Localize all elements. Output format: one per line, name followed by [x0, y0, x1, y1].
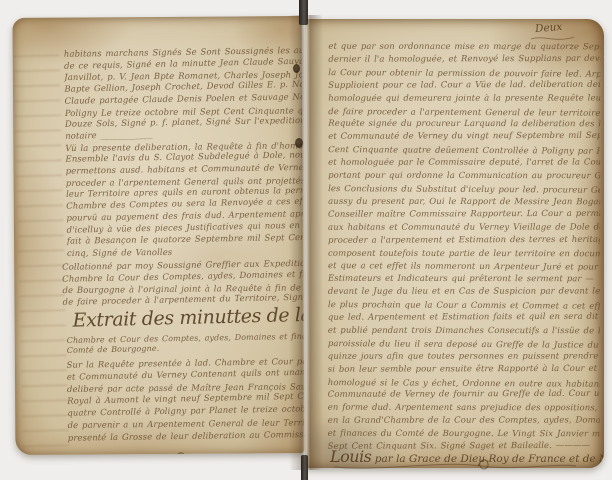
extract-subheading: Chambre et Cour des Comptes, aydes, Doma… [67, 332, 305, 357]
manuscript-line: Estimateurs et Indicateurs qui prêteront… [328, 273, 600, 286]
manuscript-line: proceder a l'arpentement et Estimation d… [328, 233, 600, 247]
manuscript-line: proceder a l'arpentement General quils o… [66, 176, 305, 191]
manuscript-line: et que a cet effet ils nommeront un Arpe… [328, 260, 600, 275]
royal-formula-line: Louis par la Grace de Dieu Roy de France… [330, 447, 600, 466]
manuscript-line: Supplioient pour ce lad. Cour a Vüe de l… [328, 79, 600, 93]
royal-formula-rest: par la Grace de Dieu Roy de France et de… [371, 453, 604, 465]
manuscript-line: composent toutefois toute partie de leur… [328, 247, 600, 260]
manuscript-scan: habitans marchans Signés Se Sont Soussig… [0, 0, 612, 480]
binding-rod-bottom [301, 455, 308, 480]
page-number: Deux [535, 21, 563, 35]
manuscript-line: Communauté de Verney de fournir au Greff… [328, 388, 600, 402]
manuscript-line: en la Grand'Chambre de la Cour des Compt… [328, 415, 600, 428]
manuscript-line: portant pour qui ordonne la Communicatio… [328, 170, 600, 183]
manuscript-line: de faire proceder a l'arpentement Genera… [328, 106, 600, 121]
left-page-notary-block: habitans marchans Signés Se Sont Soussig… [64, 46, 305, 261]
royal-formula-initial-word: Louis [330, 447, 371, 466]
left-page: habitans marchans Signés Se Sont Soussig… [12, 16, 304, 455]
left-page-request-block: Sur la Requête presentée à lad. Chambre … [67, 356, 305, 445]
manuscript-line: quinze jours afin que toutes personnes e… [328, 350, 600, 363]
right-page: Deux et que par son ordonnance mise en m… [305, 19, 604, 468]
manuscript-line: cinq, Signé de Vanolles [67, 246, 305, 261]
manuscript-line: homologuée qui demeurera jointe à la pre… [328, 92, 600, 105]
manuscript-line: en forme dud. Arpentement sans prejudice… [328, 402, 600, 415]
manuscript-line: et homologuée par le Commissaire deputé,… [328, 157, 600, 170]
manuscript-line: Poligny Le treize octobre mil Sept Cent … [65, 106, 305, 121]
signature-flourish-icon [85, 449, 205, 455]
manuscript-line: devant le Juge du lieu et en Cas de Susp… [328, 286, 600, 299]
extract-heading: Extrait des minuttes de la [72, 300, 304, 336]
manuscript-line: que led. Arpentement et Estimation faits… [328, 311, 600, 325]
show-through-ghost-text [13, 47, 69, 448]
manuscript-line: si bon leur semble pour ensuite être Rap… [328, 362, 600, 376]
manuscript-line: dernier il l'a homologuée, et Renvoyé le… [328, 53, 600, 67]
binding-hole-icon [295, 138, 303, 148]
manuscript-line: et Communauté de Verney du vingt neuf Se… [328, 130, 600, 144]
manuscript-line: Conseiller maître Commissaire Rapporteur… [328, 208, 600, 222]
right-page-body-block: et que par son ordonnance mise en marge … [328, 41, 601, 454]
manuscript-line: et publié pendant trois Dimanches Consec… [328, 325, 600, 338]
binding-hole-icon [293, 64, 300, 73]
binding-rod-top [299, 0, 308, 25]
manuscript-line: les Conclusions du Substitut d'iceluy po… [328, 183, 600, 198]
manuscript-line: aux habitans et Communauté du Verney Vie… [328, 221, 600, 234]
